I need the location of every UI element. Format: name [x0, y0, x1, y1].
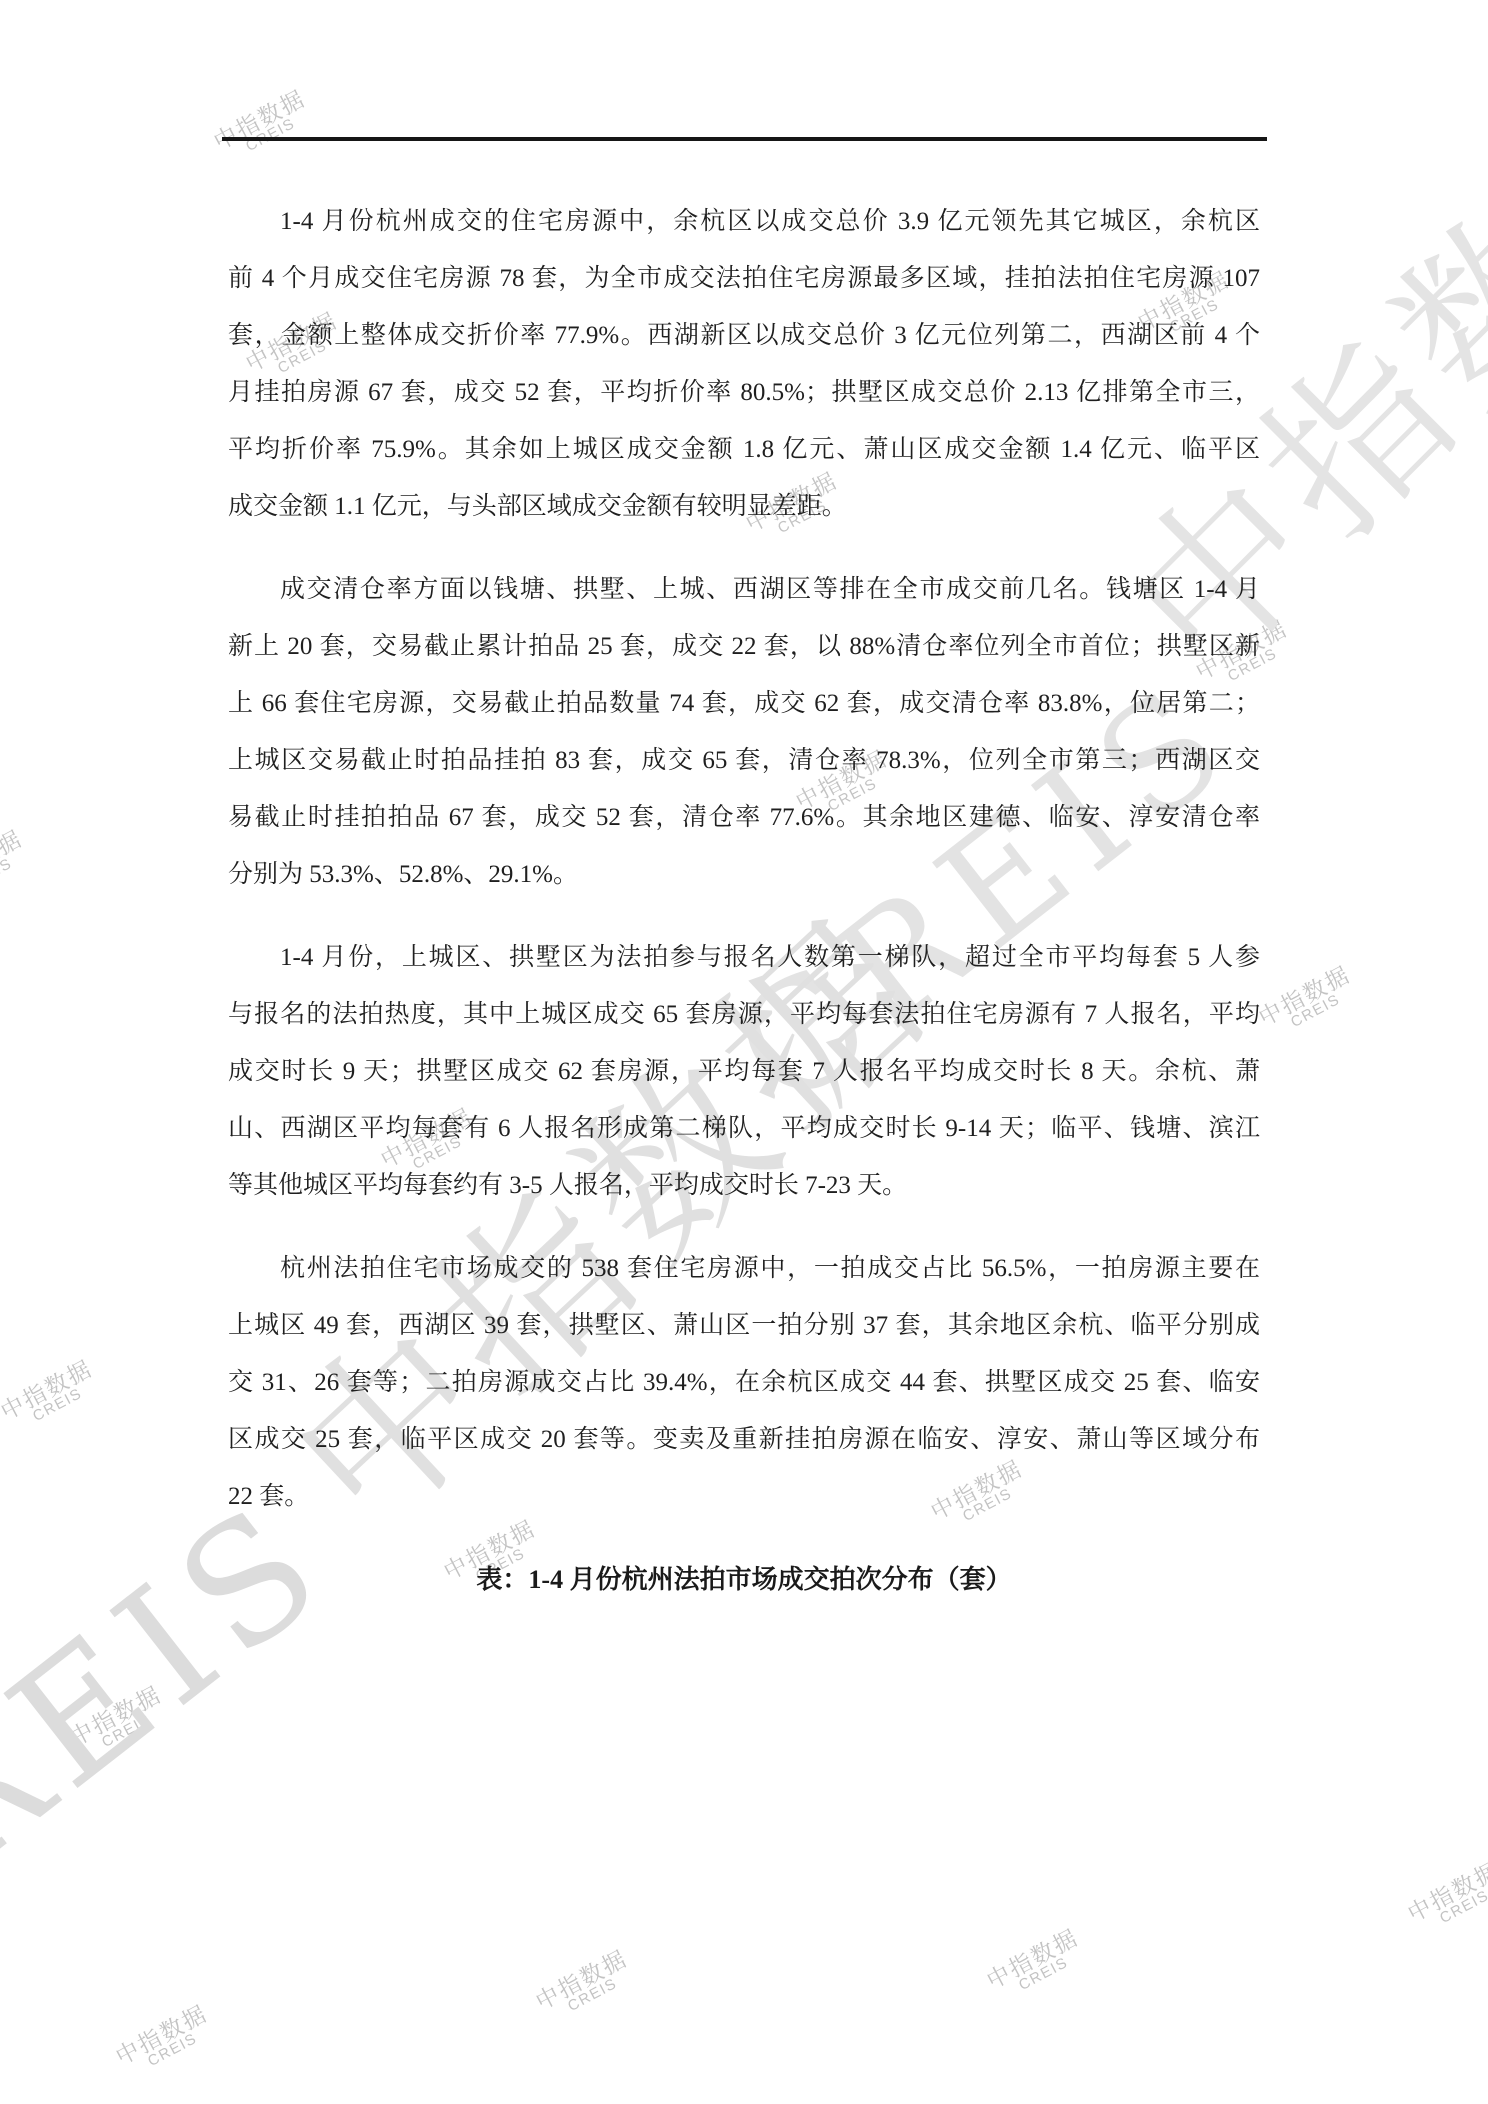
watermark-small: 中指数据CREIS	[66, 1683, 172, 1763]
paragraph: 1-4 月份，上城区、拱墅区为法拍参与报名人数第一梯队，超过全市平均每套 5 人…	[228, 929, 1260, 1214]
paragraph-line: 交 31、26 套等；二拍房源成交占比 39.4%，在余杭区成交 44 套、拱墅…	[228, 1354, 1260, 1411]
watermark-en-text: CREIS	[30, 1376, 102, 1424]
watermark-zh-text: 中指数据	[66, 1683, 165, 1750]
document-body: 1-4 月份杭州成交的住宅房源中，余杭区以成交总价 3.9 亿元领先其它城区，余…	[228, 193, 1260, 1608]
paragraph: 1-4 月份杭州成交的住宅房源中，余杭区以成交总价 3.9 亿元领先其它城区，余…	[228, 193, 1260, 535]
paragraph-line: 1-4 月份，上城区、拱墅区为法拍参与报名人数第一梯队，超过全市平均每套 5 人…	[228, 929, 1260, 986]
watermark-en-text: CREIS	[565, 1966, 637, 2014]
paragraph-line: 22 套。	[228, 1468, 1260, 1525]
watermark-zh-text: 中指数据	[112, 2002, 211, 2069]
watermark-small: 中指数据CREIS	[532, 1947, 638, 2027]
paragraph-line: 平均折价率 75.9%。其余如上城区成交金额 1.8 亿元、萧山区成交金额 1.…	[228, 421, 1260, 478]
watermark-en-text: CREIS	[243, 106, 315, 154]
paragraph-line: 前 4 个月成交住宅房源 78 套，为全市成交法拍住宅房源最多区域，挂拍法拍住宅…	[228, 250, 1260, 307]
watermark-zh-text: 中指数据	[1255, 963, 1354, 1030]
paragraph-line: 山、西湖区平均每套有 6 人报名形成第二梯队，平均成交时长 9-14 天；临平、…	[228, 1100, 1260, 1157]
paragraph-line: 分别为 53.3%、52.8%、29.1%。	[228, 846, 1260, 903]
watermark-small: 中指数据CREIS	[983, 1926, 1089, 2006]
paragraph: 成交清仓率方面以钱塘、拱墅、上城、西湖区等排在全市成交前几名。钱塘区 1-4 月…	[228, 561, 1260, 903]
watermark-en-text: CREIS	[0, 846, 33, 894]
watermark-en-text: CREIS	[1016, 1945, 1088, 1993]
paragraph-line: 成交时长 9 天；拱墅区成交 62 套房源，平均每套 7 人报名平均成交时长 8…	[228, 1043, 1260, 1100]
watermark-small: 中指数据CREIS	[1404, 1859, 1488, 1939]
watermark-en-text: CREIS	[99, 1702, 171, 1750]
paragraph-line: 月挂拍房源 67 套，成交 52 套，平均折价率 80.5%；拱墅区成交总价 2…	[228, 364, 1260, 421]
watermark-zh-text: 中指数据	[532, 1947, 631, 2014]
watermark-zh-text: 中指数据	[0, 827, 26, 894]
paragraph-line: 套，金额上整体成交折价率 77.9%。西湖新区以成交总价 3 亿元位列第二，西湖…	[228, 307, 1260, 364]
watermark-zh-text: 中指数据	[0, 1357, 96, 1424]
watermark-zh-text: 中指数据	[1404, 1859, 1488, 1926]
watermark-en-text: CREIS	[1437, 1878, 1488, 1926]
watermark-en-text: CREIS	[145, 2021, 217, 2069]
paragraph-line: 成交清仓率方面以钱塘、拱墅、上城、西湖区等排在全市成交前几名。钱塘区 1-4 月	[228, 561, 1260, 618]
paragraph-line: 上 66 套住宅房源，交易截止拍品数量 74 套，成交 62 套，成交清仓率 8…	[228, 675, 1260, 732]
table-caption: 表：1-4 月份杭州法拍市场成交拍次分布（套）	[228, 1551, 1260, 1608]
paragraph-line: 等其他城区平均每套约有 3-5 人报名，平均成交时长 7-23 天。	[228, 1157, 1260, 1214]
watermark-small: 中指数据CREIS	[0, 1357, 103, 1437]
paragraph-line: 杭州法拍住宅市场成交的 538 套住宅房源中，一拍成交占比 56.5%，一拍房源…	[228, 1240, 1260, 1297]
page: 中指数据CREIS中指数据CREIS中指数据CREIS中指数据CREIS中指数据…	[0, 0, 1488, 2104]
paragraph-line: 1-4 月份杭州成交的住宅房源中，余杭区以成交总价 3.9 亿元领先其它城区，余…	[228, 193, 1260, 250]
paragraph-line: 新上 20 套，交易截止累计拍品 25 套，成交 22 套，以 88%清仓率位列…	[228, 618, 1260, 675]
watermark-en-text: CREIS	[1288, 982, 1360, 1030]
paragraph: 杭州法拍住宅市场成交的 538 套住宅房源中，一拍成交占比 56.5%，一拍房源…	[228, 1240, 1260, 1525]
watermark-small: 中指数据CREIS	[1255, 963, 1361, 1043]
paragraph-line: 上城区 49 套，西湖区 39 套，拱墅区、萧山区一拍分别 37 套，其余地区余…	[228, 1297, 1260, 1354]
paragraph-line: 上城区交易截止时拍品挂拍 83 套，成交 65 套，清仓率 78.3%，位列全市…	[228, 732, 1260, 789]
header-rule	[222, 137, 1267, 141]
watermark-zh-text: 中指数据	[983, 1926, 1082, 1993]
watermark-small: 中指数据CREIS	[112, 2002, 218, 2082]
watermark-small: 中指数据CREIS	[0, 827, 33, 907]
paragraph-line: 易截止时挂拍拍品 67 套，成交 52 套，清仓率 77.6%。其余地区建德、临…	[228, 789, 1260, 846]
paragraph-line: 区成交 25 套，临平区成交 20 套等。变卖及重新挂拍房源在临安、淳安、萧山等…	[228, 1411, 1260, 1468]
paragraph-line: 与报名的法拍热度，其中上城区成交 65 套房源，平均每套法拍住宅房源有 7 人报…	[228, 986, 1260, 1043]
watermark-zh-text: 中指数据	[210, 87, 309, 154]
watermark-small: 中指数据CREIS	[210, 87, 316, 167]
paragraph-line: 成交金额 1.1 亿元，与头部区域成交金额有较明显差距。	[228, 478, 1260, 535]
